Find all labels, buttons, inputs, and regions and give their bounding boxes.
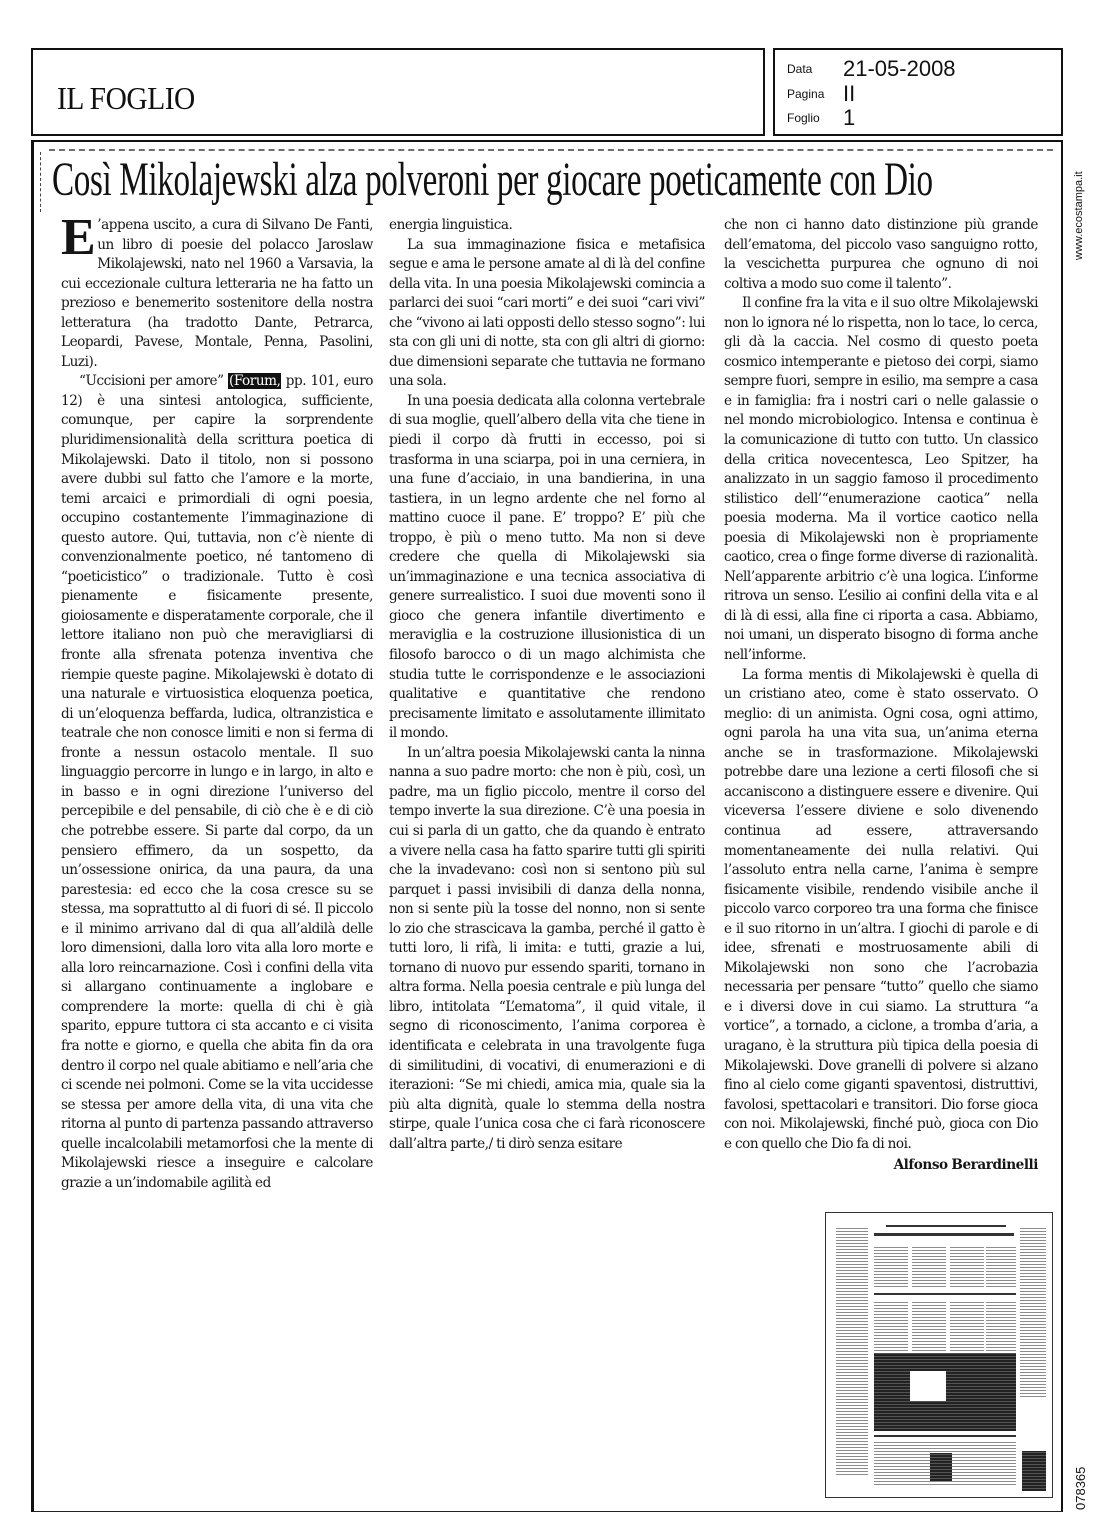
meta-sheet-label: Foglio bbox=[787, 111, 843, 125]
thumb-column bbox=[912, 1301, 946, 1351]
paragraph: energia linguistica. bbox=[389, 216, 705, 236]
thumb-ad bbox=[1022, 1451, 1046, 1491]
masthead-box: IL FOGLIO bbox=[31, 48, 765, 136]
drop-cap: E bbox=[61, 218, 95, 258]
publication-meta-box: Data 21-05-2008 Pagina II Foglio 1 bbox=[773, 48, 1063, 136]
meta-page-label: Pagina bbox=[787, 87, 843, 101]
paragraph-text: ’appena uscito, a cura di Silvano De Fan… bbox=[61, 217, 373, 370]
url-text: www.ecostampa.it bbox=[1073, 171, 1085, 260]
thumb-column bbox=[874, 1245, 908, 1287]
paragraph-text: “Uccisioni per amore” bbox=[79, 373, 228, 389]
meta-date-value: 21-05-2008 bbox=[843, 58, 956, 80]
thumb-headline bbox=[874, 1293, 1016, 1295]
thumb-column bbox=[912, 1245, 946, 1287]
thumb-image bbox=[910, 1371, 946, 1401]
thumb-headline bbox=[886, 1225, 1006, 1227]
article-column-1: E’appena uscito, a cura di Silvano De Fa… bbox=[61, 216, 373, 1193]
thumb-column bbox=[874, 1301, 908, 1351]
thumb-headline bbox=[874, 1435, 1016, 1437]
article-column-2: energia linguistica. La sua immaginazion… bbox=[389, 216, 705, 1154]
paragraph: “Uccisioni per amore” (Forum, pp. 101, e… bbox=[61, 372, 373, 1193]
code-text: 078365 bbox=[1073, 1467, 1088, 1510]
thumb-column bbox=[1020, 1227, 1046, 1397]
page-thumbnail bbox=[825, 1212, 1053, 1498]
newspaper-name: IL FOGLIO bbox=[57, 80, 195, 117]
paragraph: In una poesia dedicata alla colonna vert… bbox=[389, 392, 705, 744]
thumb-headline bbox=[874, 1233, 1014, 1236]
paragraph: La sua immaginazione fisica e metafisica… bbox=[389, 236, 705, 392]
thumb-column bbox=[950, 1245, 984, 1287]
publisher-highlight: (Forum, bbox=[228, 373, 282, 389]
author-signature: Alfonso Berardinelli bbox=[724, 1156, 1038, 1176]
meta-sheet-row: Foglio 1 bbox=[787, 107, 855, 129]
thumb-column bbox=[986, 1301, 1016, 1351]
article-headline: Così Mikolajewski alza polveroni per gio… bbox=[52, 150, 749, 210]
paragraph: La forma mentis di Mikolajewski è quella… bbox=[724, 666, 1038, 1155]
thumb-column bbox=[986, 1245, 1016, 1287]
meta-date-row: Data 21-05-2008 bbox=[787, 58, 956, 80]
paragraph: che non ci hanno dato distinzione più gr… bbox=[724, 216, 1038, 294]
thumb-ad bbox=[930, 1453, 952, 1481]
meta-date-label: Data bbox=[787, 62, 843, 76]
paragraph: In un’altra poesia Mikolajewski canta la… bbox=[389, 744, 705, 1154]
side-code-label: 078365 bbox=[1073, 1440, 1093, 1510]
thumb-column bbox=[836, 1227, 868, 1475]
side-url-label: www.ecostampa.it bbox=[1073, 150, 1093, 260]
left-rule bbox=[40, 152, 41, 212]
meta-page-value: II bbox=[843, 83, 855, 105]
thumb-column bbox=[950, 1301, 984, 1351]
meta-sheet-value: 1 bbox=[843, 107, 855, 129]
paragraph-text: pp. 101, euro 12) è una sintesi antologi… bbox=[61, 373, 373, 1190]
paragraph: Il confine fra la vita e il suo oltre Mi… bbox=[724, 294, 1038, 665]
article-column-3: che non ci hanno dato distinzione più gr… bbox=[724, 216, 1038, 1176]
paragraph: E’appena uscito, a cura di Silvano De Fa… bbox=[61, 216, 373, 372]
meta-page-row: Pagina II bbox=[787, 83, 855, 105]
